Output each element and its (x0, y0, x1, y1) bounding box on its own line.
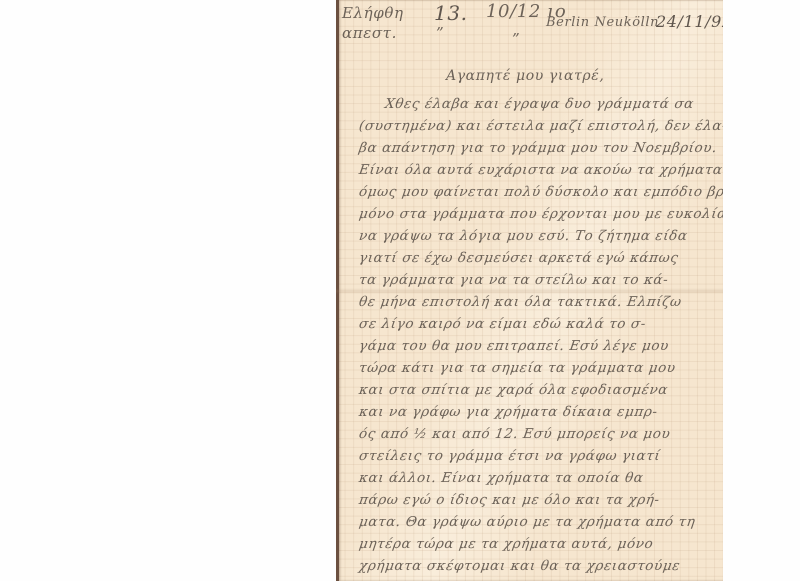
body-line: μόνο στα γράμματα που έρχονται μου με ευ… (358, 206, 723, 222)
body-line: και στα σπίτια με χαρά όλα εφοδιασμένα (358, 382, 669, 398)
body-line: πάρω εγώ ο ίδιος και με όλο και τα χρή- (358, 492, 661, 508)
body-line: (συστημένα) και έστειλα μαζί επιστολή, δ… (358, 118, 723, 134)
body-line: ός από ½ και από 12. Εσύ μπορείς να μου (358, 426, 672, 442)
body-line: ματα. Θα γράψω αύριο με τα χρήματα από τ… (358, 514, 696, 530)
letter-paper: Ελήφθη 13. 10/12 ιο απεστ. ” ” Berlin Ne… (336, 0, 723, 581)
body-line: να γράψω τα λόγια μου εσύ. Το ζήτημα είδ… (358, 228, 689, 244)
body-line: γάμα του θα μου επιτραπεί. Εσύ λέγε μου (358, 338, 670, 354)
body-line: όμως μου φαίνεται πολύ δύσκολο και εμπόδ… (358, 184, 723, 200)
body-line: τώρα κάτι για τα σημεία τα γράμματα μου (358, 360, 677, 376)
letter-body: Χθες έλαβα και έγραψα δυο γράμματά σα (σ… (336, 0, 723, 581)
body-line: θε μήνα επιστολή και όλα τακτικά. Ελπίζω (358, 294, 683, 310)
body-line: στείλεις το γράμμα έτσι να γράφω γιατί (358, 448, 661, 464)
body-line: βα απάντηση για το γράμμα μου του Νοεμβρ… (358, 140, 718, 156)
body-line: σε λίγο καιρό να είμαι εδώ καλά το σ- (358, 316, 647, 332)
body-line: χρήματα σκέφτομαι και θα τα χρειαστούμε (358, 558, 681, 574)
body-line: τα γράμματα για να τα στείλω και το κά- (358, 272, 669, 288)
body-line: γιατί σε έχω δεσμεύσει αρκετά εγώ κάπως (358, 250, 680, 266)
body-line: Είναι όλα αυτά ευχάριστα να ακούω τα χρή… (358, 162, 723, 178)
scanned-page: Ελήφθη 13. 10/12 ιο απεστ. ” ” Berlin Ne… (0, 0, 800, 581)
body-line: μητέρα τώρα με τα χρήματα αυτά, μόνο (358, 536, 654, 552)
body-line: και άλλοι. Είναι χρήματα τα οποία θα (358, 470, 645, 486)
body-line: Χθες έλαβα και έγραψα δυο γράμματά σα (384, 96, 695, 112)
body-line: και να γράφω για χρήματα δίκαια εμπρ- (358, 404, 659, 420)
